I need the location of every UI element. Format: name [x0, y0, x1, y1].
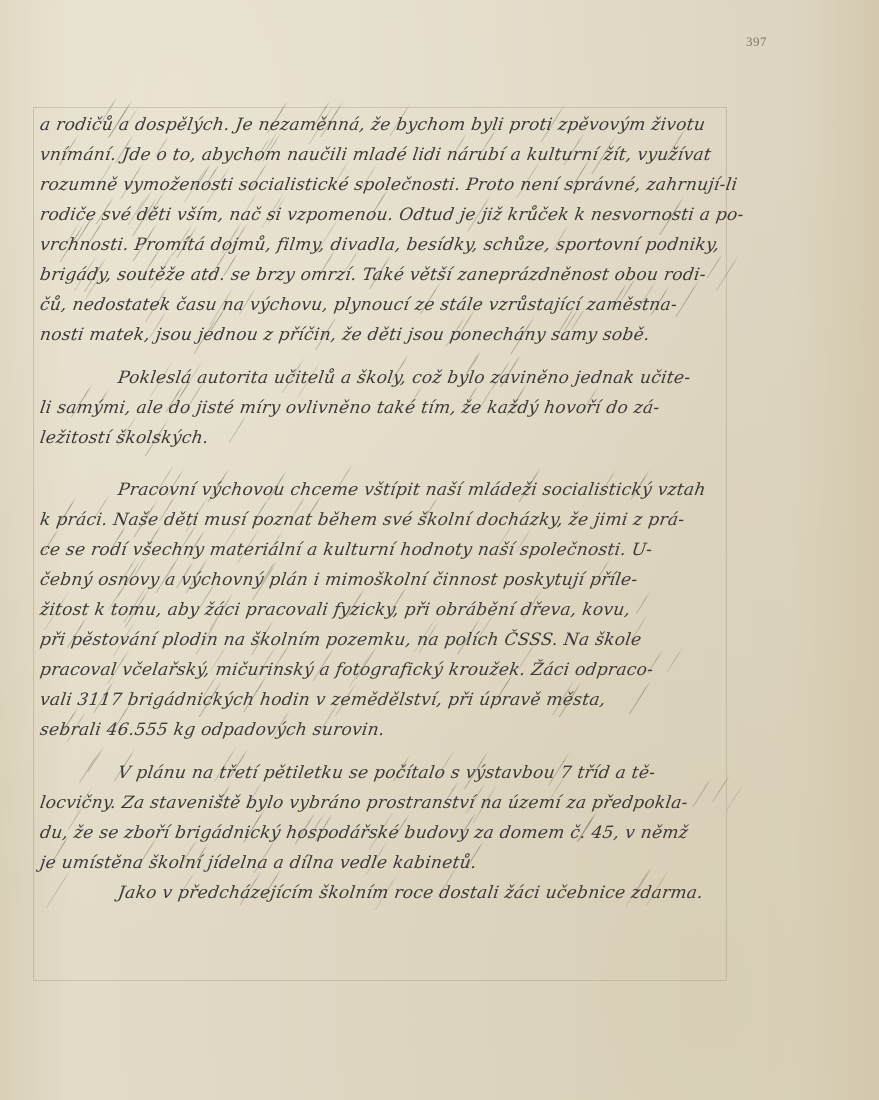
text-line: rozumně vymoženosti socialistické společ…	[38, 170, 742, 200]
text-line: ce se rodí všechny materiální a kulturní…	[38, 535, 742, 565]
paragraph-3: Pracovní výchovou chceme vštípit naší ml…	[38, 475, 738, 745]
text-line: rodiče své děti vším, nač si vzpomenou. …	[38, 200, 742, 230]
paragraph-1: a rodičů a dospělých. Je nezaměnná, že b…	[38, 110, 738, 350]
text-line: V plánu na třetí pětiletku se počítalo s…	[38, 758, 742, 788]
text-line: je umístěna školní jídelna a dílna vedle…	[38, 848, 742, 878]
pen-strokes-decoration	[38, 96, 744, 140]
paragraph-5: Jako v předcházejícím školním roce dosta…	[38, 878, 738, 908]
text-line: Pracovní výchovou chceme vštípit naší ml…	[38, 475, 742, 505]
handwritten-text-block: a rodičů a dospělých. Je nezaměnná, že b…	[38, 110, 738, 908]
text-line: nosti matek, jsou jednou z příčin, že dě…	[38, 320, 742, 350]
text-line: čů, nedostatek času na výchovu, plynoucí…	[38, 290, 742, 320]
text-line: při pěstování plodin na školním pozemku,…	[38, 625, 742, 655]
text-line: vrchnosti. Promítá dojmů, filmy, divadla…	[38, 230, 742, 260]
text-line: pracoval včelařský, mičurinský a fotogra…	[38, 655, 742, 685]
text-line: k práci. Naše děti musí poznat během své…	[38, 505, 742, 535]
text-line: locvičny. Za staveniště bylo vybráno pro…	[38, 788, 742, 818]
text-line: Jako v předcházejícím školním roce dosta…	[38, 878, 742, 908]
text-line: du, že se zboří brigádnický hospodářské …	[38, 818, 742, 848]
paragraph-4: V plánu na třetí pětiletku se počítalo s…	[38, 758, 738, 878]
text-line: ležitostí školských.	[38, 423, 742, 453]
text-line: a rodičů a dospělých. Je nezaměnná, že b…	[38, 110, 742, 140]
text-line: žitost k tomu, aby žáci pracovali fyzick…	[38, 595, 742, 625]
page-number: 397	[746, 34, 767, 50]
text-line: vnímání. Jde o to, abychom naučili mladé…	[38, 140, 742, 170]
text-line: li samými, ale do jisté míry ovlivněno t…	[38, 393, 742, 423]
text-line: sebrali 46.555 kg odpadových surovin.	[38, 715, 742, 745]
text-line: vali 3117 brigádnických hodin v zeměděls…	[38, 685, 742, 715]
text-line: čebný osnovy a výchovný plán i mimoškoln…	[38, 565, 742, 595]
text-line: brigády, soutěže atd. se brzy omrzí. Tak…	[38, 260, 742, 290]
text-line: Pokleslá autorita učitelů a školy, což b…	[38, 363, 742, 393]
paragraph-2: Pokleslá autorita učitelů a školy, což b…	[38, 363, 738, 453]
